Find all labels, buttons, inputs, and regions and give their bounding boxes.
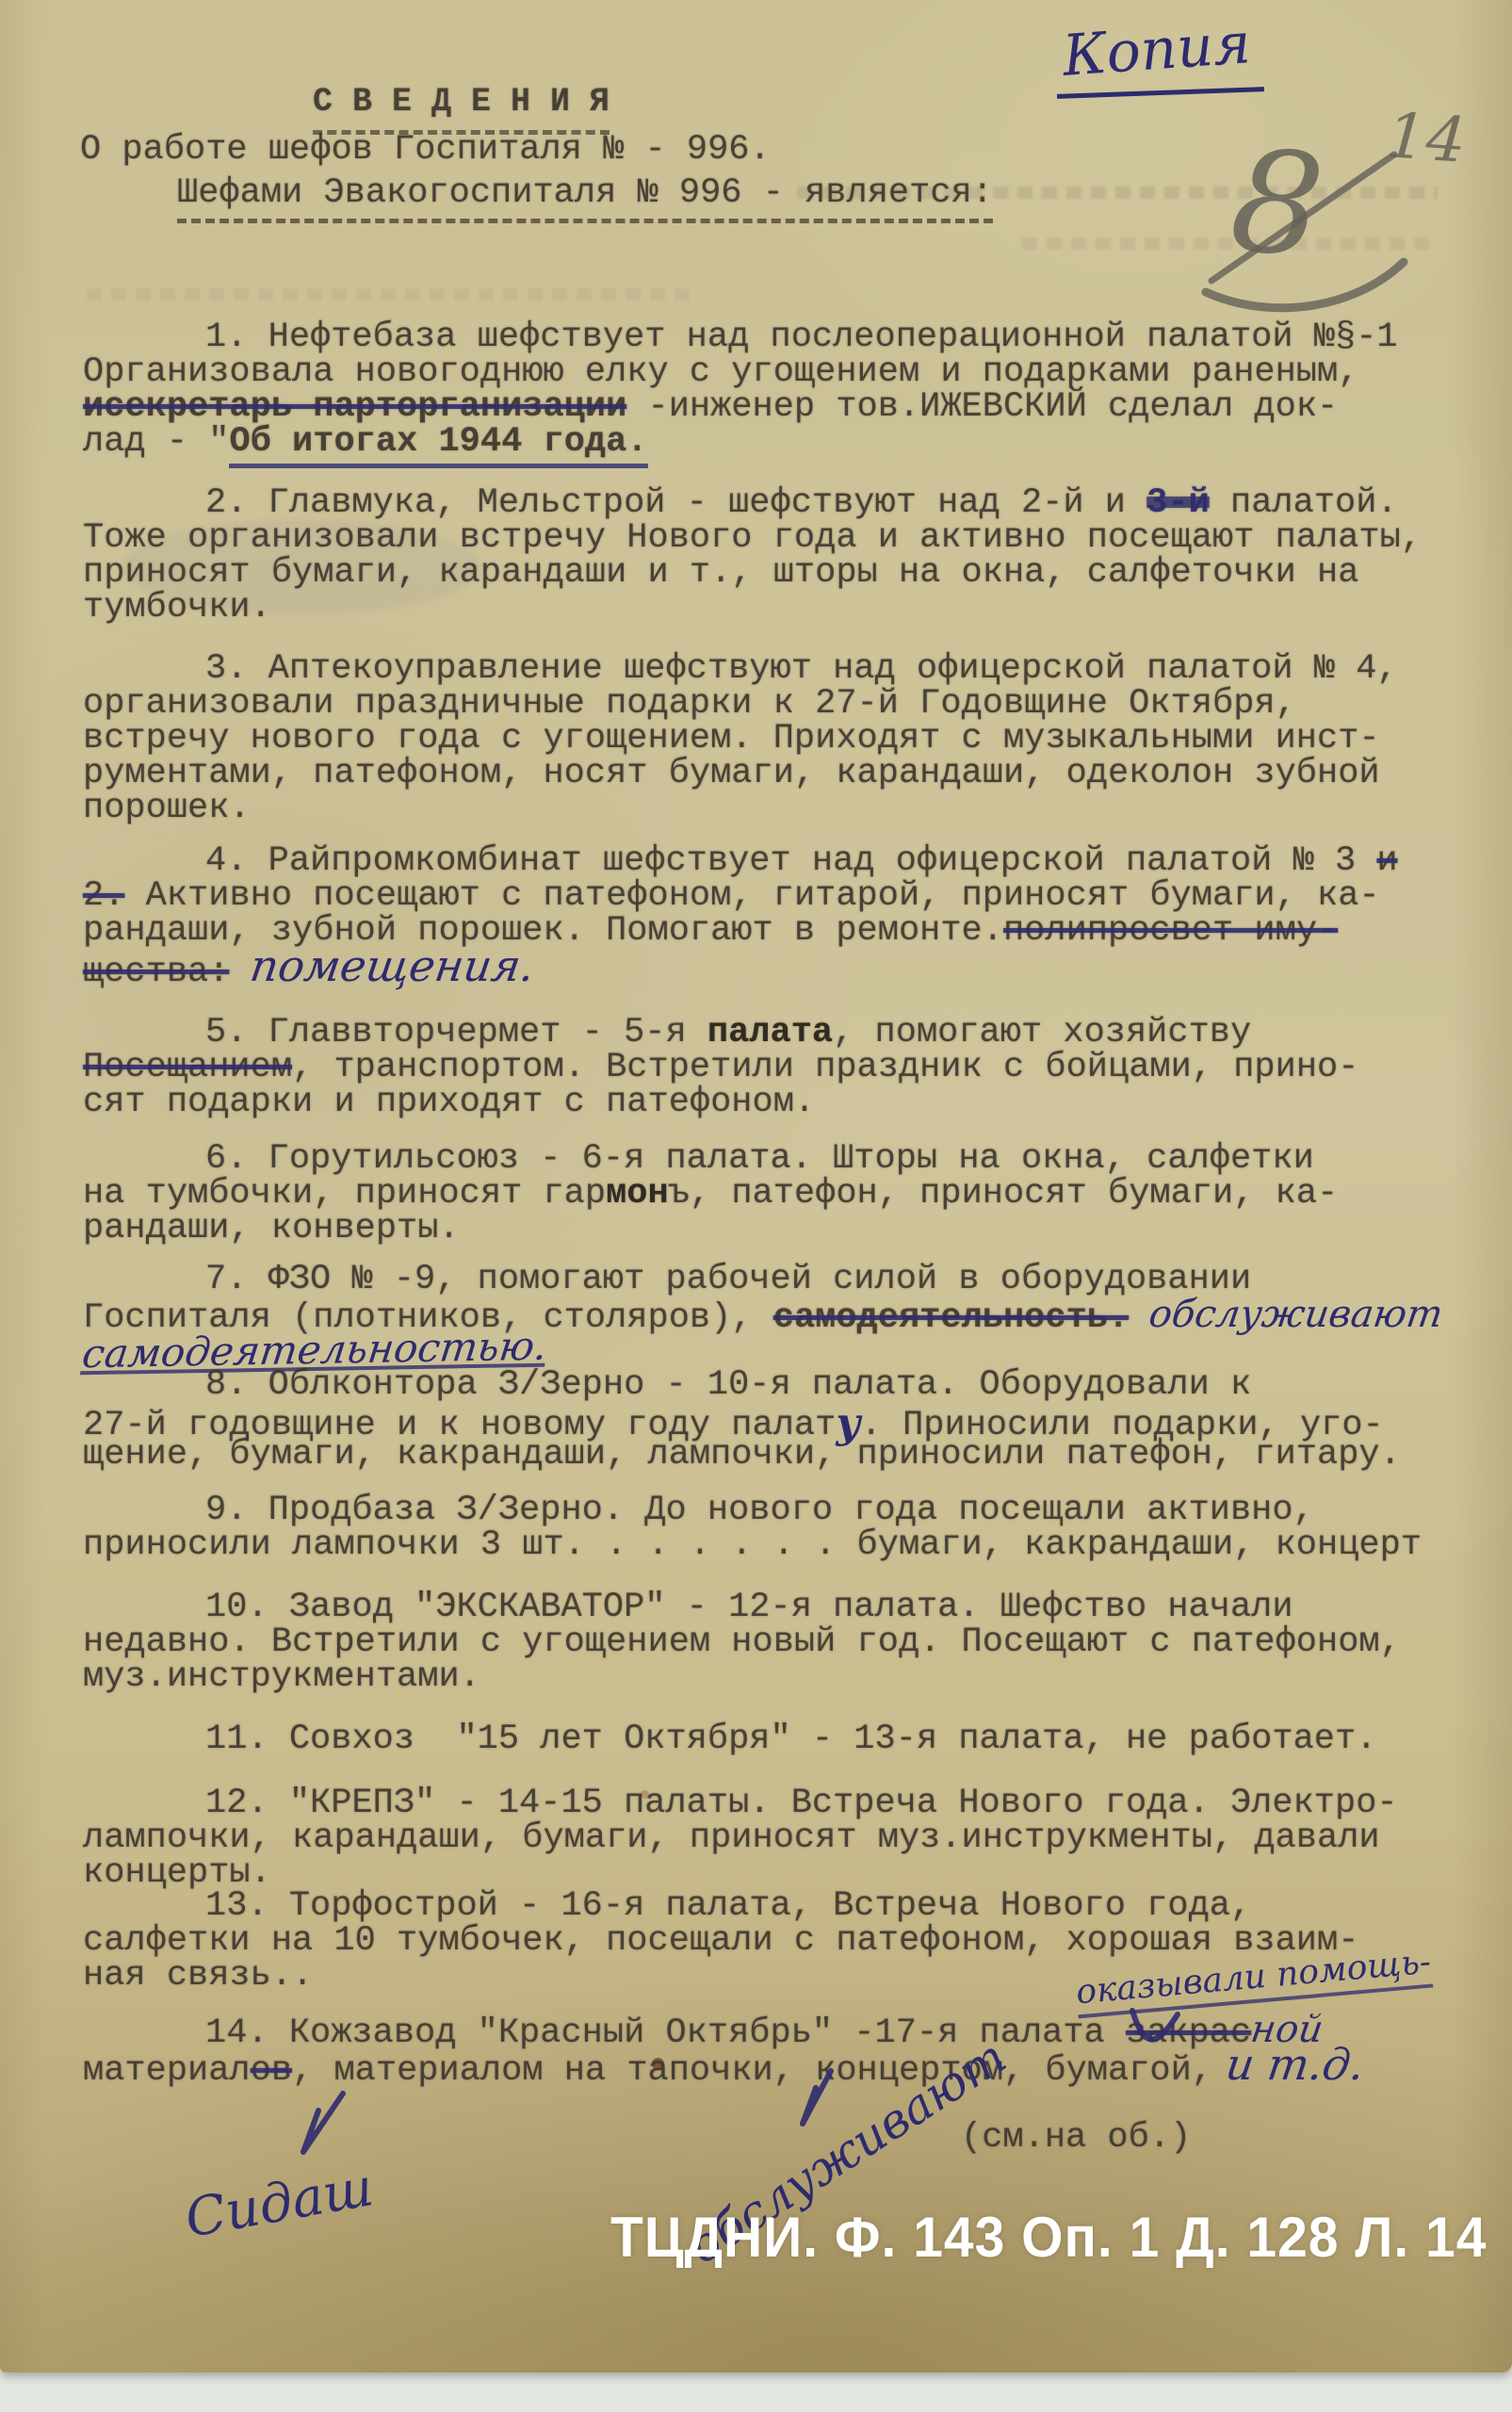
typed-text: 9. Продбаза З/Зерно. До нового года посе… <box>205 1491 1314 1530</box>
document-subtitle: О работе шефов Госпиталя № - 996. <box>80 130 771 170</box>
paragraph-1: 1. Нефтебаза шефствует над послеоперацио… <box>83 320 1468 460</box>
typed-line: 2. Главмука, Мельстрой - шефствуют над 2… <box>83 486 1468 521</box>
typed-text: 7. ФЗО № -9, помогают рабочей силой в об… <box>205 1260 1251 1299</box>
typed-line: 6. Горутильсоюз - 6-я палата. Шторы на о… <box>83 1142 1468 1177</box>
typed-line: лампочки, карандаши, бумаги, приносят му… <box>83 1821 1468 1856</box>
typed-line: недавно. Встретили с угощением новый год… <box>83 1625 1468 1660</box>
typed-line: салфетки на 10 тумбочек, посещали с пате… <box>83 1924 1468 1959</box>
typed-text: Об итогах 1944 года. <box>229 422 647 468</box>
typed-line: 9. Продбаза З/Зерно. До нового года посе… <box>83 1493 1468 1528</box>
handwritten-correction: обслуживают <box>1147 1297 1445 1332</box>
document-heading: Шефами Эвакогоспиталя № 996 - является: <box>177 173 993 223</box>
typed-text: 2. Главмука, Мельстрой - шефствуют над 2… <box>205 483 1146 523</box>
typed-text: -инженер тов.ИЖЕВСКИЙ сделал док- <box>626 387 1338 427</box>
typed-text: 6. Горутильсоюз - 6-я палата. Шторы на о… <box>205 1139 1314 1179</box>
typed-line: 12. "КРЕПЗ" - 14-15 палаты. Встреча Ново… <box>83 1786 1468 1821</box>
typed-text: щение, бумаги, какрандаши, лампочки, при… <box>83 1435 1401 1475</box>
typed-line: щества: помещения. <box>83 949 1468 984</box>
typed-text: , материалом на тапочки, концертом, бума… <box>292 2051 1212 2091</box>
paragraph-14: 14. Кожзавод "Красный Октябрь" -17-я пал… <box>83 2013 1468 2082</box>
typed-line: муз.инструкментами. <box>83 1660 1468 1695</box>
typed-text: тумбочки. <box>83 588 271 627</box>
handwritten-correction: у <box>836 1399 860 1447</box>
typed-line: 3. Аптекоуправление шефствуют над офицер… <box>83 652 1468 687</box>
typed-text: рандаши, конверты. <box>83 1209 460 1248</box>
typed-line: лад - "Об итогах 1944 года. <box>83 425 1468 460</box>
typed-line: щение, бумаги, какрандаши, лампочки, при… <box>83 1438 1468 1473</box>
typed-line: приносят бумаги, карандаши и т., шторы н… <box>83 556 1468 591</box>
typed-line: 1. Нефтебаза шефствует над послеоперацио… <box>83 320 1468 355</box>
check-mark <box>283 2090 358 2165</box>
document-scan: Копия 8 14 С В Е Д Е Н И Я О работе шефо… <box>0 0 1512 2412</box>
typed-text: исекретарь парторганизации <box>83 387 626 427</box>
document-title: С В Е Д Е Н И Я <box>313 83 610 135</box>
typed-text: палатой. <box>1210 483 1398 523</box>
typed-line: 4. Райпромкомбинат шефствует над офицерс… <box>83 844 1468 879</box>
typed-text: приносят бумаги, карандаши и т., шторы н… <box>83 553 1358 593</box>
typed-text: рандаши, зубной порошек. Помогают в ремо… <box>83 911 1003 951</box>
typed-text: полипросвет иму- <box>1003 911 1338 951</box>
typed-text: 13. Торфострой - 16-я палата, Встреча Но… <box>205 1886 1251 1926</box>
see-reverse-note: (см.на об.) <box>961 2118 1191 2158</box>
typed-text: 10. Завод "ЭКСКАВАТОР" - 12-я палата. Ше… <box>205 1588 1293 1627</box>
typed-text: сят подарки и приходят с патефоном. <box>83 1083 815 1122</box>
typed-text: 4. Райпромкомбинат шефствует над офицерс… <box>205 841 1376 881</box>
typed-text: встречу нового года с угощением. Приходя… <box>83 719 1380 758</box>
typed-line: рандаши, конверты. <box>83 1212 1468 1247</box>
typed-line: 5. Главвторчермет - 5-я палата, помогают… <box>83 1016 1468 1051</box>
typed-text: Активно посещают с патефоном, гитарой, п… <box>124 876 1379 916</box>
insertion-caret-mark <box>1130 2009 1187 2065</box>
typed-text: муз.инструкментами. <box>83 1657 480 1697</box>
typed-text: 12. "КРЕПЗ" - 14-15 палаты. Встреча Ново… <box>205 1784 1398 1823</box>
handwritten-correction: и т.д. <box>1210 2047 1366 2082</box>
typed-line: 10. Завод "ЭКСКАВАТОР" - 12-я палата. Ше… <box>83 1590 1468 1625</box>
typed-text: и <box>1376 841 1397 881</box>
typed-text: ов <box>251 2051 292 2091</box>
typed-text: салфетки на 10 тумбочек, посещали с пате… <box>83 1921 1358 1961</box>
typed-text: ная связь.. <box>83 1956 313 1996</box>
typed-text: ъ, патефон, приносят бумаги, ка- <box>669 1174 1339 1214</box>
handwritten-copy-note: Копия <box>1061 10 1253 90</box>
paragraph-4: 4. Райпромкомбинат шефствует над офицерс… <box>83 844 1468 984</box>
ghost-text-artifact <box>87 288 690 301</box>
typed-line: на тумбочки, приносят гармонъ, патефон, … <box>83 1177 1468 1212</box>
typed-line: 2. Активно посещают с патефоном, гитарой… <box>83 879 1468 914</box>
typed-line: тумбочки. <box>83 591 1468 626</box>
paragraph-5: 5. Главвторчермет - 5-я палата, помогают… <box>83 1016 1468 1120</box>
typed-line: 11. Совхоз "15 лет Октября" - 13-я палат… <box>83 1722 1468 1757</box>
typed-text: палата <box>707 1013 833 1052</box>
typed-line: Организовала новогоднюю елку с угощением… <box>83 355 1468 390</box>
paragraph-8: 8. Облконтора З/Зерно - 10-я палата. Обо… <box>83 1368 1468 1473</box>
typed-text: рументами, патефоном, носят бумаги, кара… <box>83 754 1380 793</box>
typed-text: приносили лампочки 3 шт. . . . . . . бум… <box>83 1525 1422 1565</box>
typed-text: Посещанием <box>83 1048 292 1087</box>
paragraph-6: 6. Горутильсоюз - 6-я палата. Шторы на о… <box>83 1142 1468 1247</box>
typed-text: , помогают хозяйству <box>833 1013 1251 1052</box>
typed-text: организовали праздничные подарки к 27-й … <box>83 684 1296 724</box>
typed-text: 2. <box>83 876 124 916</box>
typed-text: на тумбочки, приносят гар <box>83 1174 606 1214</box>
typed-line: материалов, материалом на тапочки, конце… <box>83 2047 1468 2082</box>
paragraph-10: 10. Завод "ЭКСКАВАТОР" - 12-я палата. Ше… <box>83 1590 1468 1695</box>
typed-line: приносили лампочки 3 шт. . . . . . . бум… <box>83 1528 1468 1563</box>
typed-text: мон <box>606 1174 669 1214</box>
typed-text: , транспортом. Встретили праздник с бойц… <box>292 1048 1358 1087</box>
typed-text: порошек. <box>83 789 251 828</box>
typed-line: рументами, патефоном, носят бумаги, кара… <box>83 757 1468 791</box>
paragraph-12: 12. "КРЕПЗ" - 14-15 палаты. Встреча Ново… <box>83 1786 1468 1891</box>
typed-text: материал <box>83 2051 251 2091</box>
typed-text: 1. Нефтебаза шефствует над послеоперацио… <box>205 318 1398 357</box>
typed-line: встречу нового года с угощением. Приходя… <box>83 722 1468 757</box>
typed-text: Организовала новогоднюю елку с угощением… <box>83 352 1358 392</box>
typed-text: лампочки, карандаши, бумаги, приносят му… <box>83 1818 1380 1858</box>
typed-line: Тоже организовали встречу Нового года и … <box>83 521 1468 556</box>
typed-line: исекретарь парторганизации -инженер тов.… <box>83 390 1468 425</box>
paragraph-2: 2. Главмука, Мельстрой - шефствуют над 2… <box>83 486 1468 626</box>
typed-text: самодеятельность. <box>773 1298 1129 1338</box>
typed-line: сят подарки и приходят с патефоном. <box>83 1085 1468 1120</box>
page-number-pencil: 14 <box>1384 99 1468 177</box>
typed-text: 3. Аптекоуправление шефствуют над офицер… <box>205 649 1398 689</box>
typed-text: лад - " <box>83 422 229 462</box>
typed-text: Тоже организовали встречу Нового года и … <box>83 518 1422 558</box>
paragraph-7: 7. ФЗО № -9, помогают рабочей силой в об… <box>83 1263 1468 1367</box>
typed-text: 5. Главвторчермет - 5-я <box>205 1013 707 1052</box>
paragraph-11: 11. Совхоз "15 лет Октября" - 13-я палат… <box>83 1722 1468 1757</box>
typed-text: 8. Облконтора З/Зерно - 10-я палата. Обо… <box>205 1365 1251 1405</box>
typed-line: порошек. <box>83 791 1468 826</box>
typed-text: 3-й <box>1146 483 1210 523</box>
handwritten-correction: помещения. <box>248 949 536 984</box>
paragraph-9: 9. Продбаза З/Зерно. До нового года посе… <box>83 1493 1468 1563</box>
typed-line: Посещанием, транспортом. Встретили празд… <box>83 1051 1468 1085</box>
paragraph-3: 3. Аптекоуправление шефствуют над офицер… <box>83 652 1468 826</box>
typed-text: 11. Совхоз "15 лет Октября" - 13-я палат… <box>205 1719 1376 1759</box>
typed-line: 8. Облконтора З/Зерно - 10-я палата. Обо… <box>83 1368 1468 1403</box>
typed-line: организовали праздничные подарки к 27-й … <box>83 687 1468 722</box>
typed-text: щества: <box>83 953 229 992</box>
archive-watermark: ТЦДНИ. Ф. 143 Оп. 1 Д. 128 Л. 14 <box>610 2205 1487 2271</box>
typed-line: 27-й годовщине и к новому году палату. П… <box>83 1403 1468 1438</box>
typed-line: 13. Торфострой - 16-я палата, Встреча Но… <box>83 1889 1468 1924</box>
typed-text: недавно. Встретили с угощением новый год… <box>83 1622 1401 1662</box>
